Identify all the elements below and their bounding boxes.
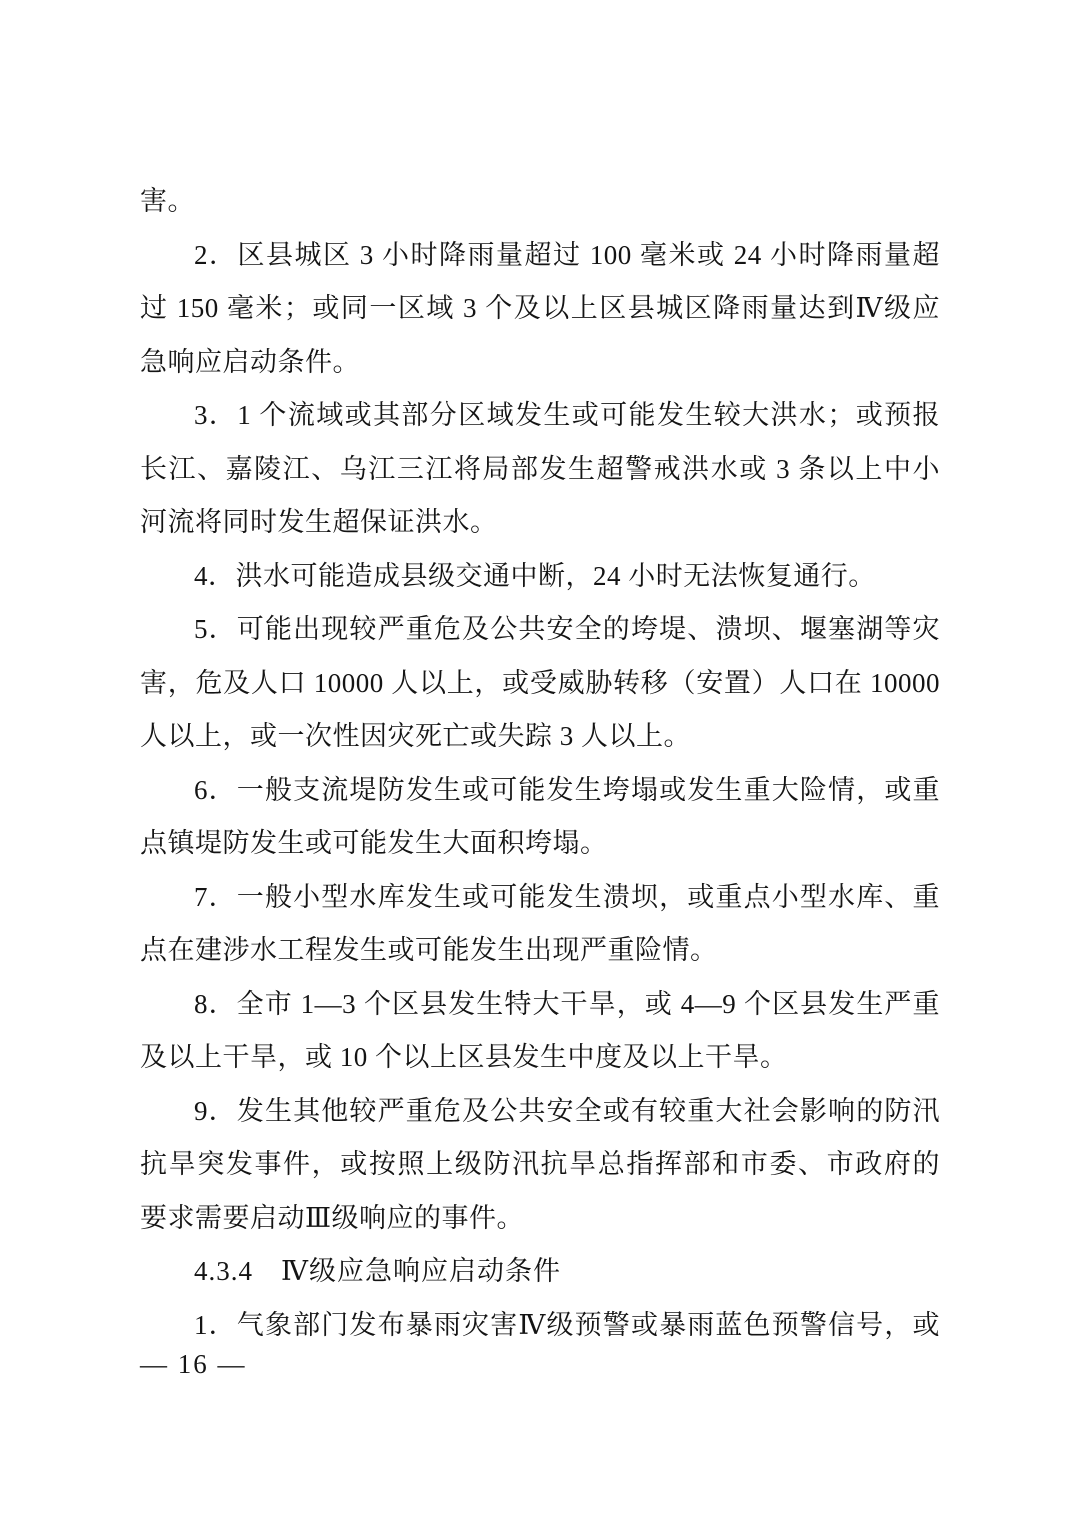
text-line-item7-1: 7．一般小型水库发生或可能发生溃坝，或重点小型水库、重	[140, 871, 940, 925]
text-line-item3-1: 3．1 个流域或其部分区域发生或可能发生较大洪水；或预报	[140, 389, 940, 443]
text-line-item8-2: 及以上干旱，或 10 个以上区县发生中度及以上干旱。	[140, 1031, 940, 1085]
text-line-item3-2: 长江、嘉陵江、乌江三江将局部发生超警戒洪水或 3 条以上中小	[140, 443, 940, 497]
text-line-item2-3: 急响应启动条件。	[140, 336, 940, 390]
text-line-item5-1: 5．可能出现较严重危及公共安全的垮堤、溃坝、堰塞湖等灾	[140, 603, 940, 657]
document-page: 害。 2．区县城区 3 小时降雨量超过 100 毫米或 24 小时降雨量超 过 …	[0, 0, 1075, 1521]
text-line-item3-3: 河流将同时发生超保证洪水。	[140, 496, 940, 550]
text-line-item2-1: 2．区县城区 3 小时降雨量超过 100 毫米或 24 小时降雨量超	[140, 229, 940, 283]
section-heading-4-3-4: 4.3.4 Ⅳ级应急响应启动条件	[140, 1245, 940, 1299]
text-line-item8-1: 8．全市 1—3 个区县发生特大干旱，或 4—9 个区县发生严重	[140, 978, 940, 1032]
text-line-item6-2: 点镇堤防发生或可能发生大面积垮塌。	[140, 817, 940, 871]
text-line-item2-2: 过 150 毫米；或同一区域 3 个及以上区县城区降雨量达到Ⅳ级应	[140, 282, 940, 336]
text-line-carryover: 害。	[140, 175, 940, 229]
text-line-item7-2: 点在建涉水工程发生或可能发生出现严重险情。	[140, 924, 940, 978]
text-line-item9-3: 要求需要启动Ⅲ级响应的事件。	[140, 1192, 940, 1246]
text-line-item6-1: 6．一般支流堤防发生或可能发生垮塌或发生重大险情，或重	[140, 764, 940, 818]
text-line-item9-1: 9．发生其他较严重危及公共安全或有较重大社会影响的防汛	[140, 1085, 940, 1139]
text-line-item1-iv-1: 1．气象部门发布暴雨灾害Ⅳ级预警或暴雨蓝色预警信号，或	[140, 1299, 940, 1353]
text-line-item9-2: 抗旱突发事件，或按照上级防汛抗旱总指挥部和市委、市政府的	[140, 1138, 940, 1192]
page-number: — 16 —	[140, 1348, 247, 1380]
body-text: 害。 2．区县城区 3 小时降雨量超过 100 毫米或 24 小时降雨量超 过 …	[140, 175, 940, 1352]
text-line-item5-2: 害，危及人口 10000 人以上，或受威胁转移（安置）人口在 10000	[140, 657, 940, 711]
text-line-item5-3: 人以上，或一次性因灾死亡或失踪 3 人以上。	[140, 710, 940, 764]
text-line-item4: 4．洪水可能造成县级交通中断，24 小时无法恢复通行。	[140, 550, 940, 604]
